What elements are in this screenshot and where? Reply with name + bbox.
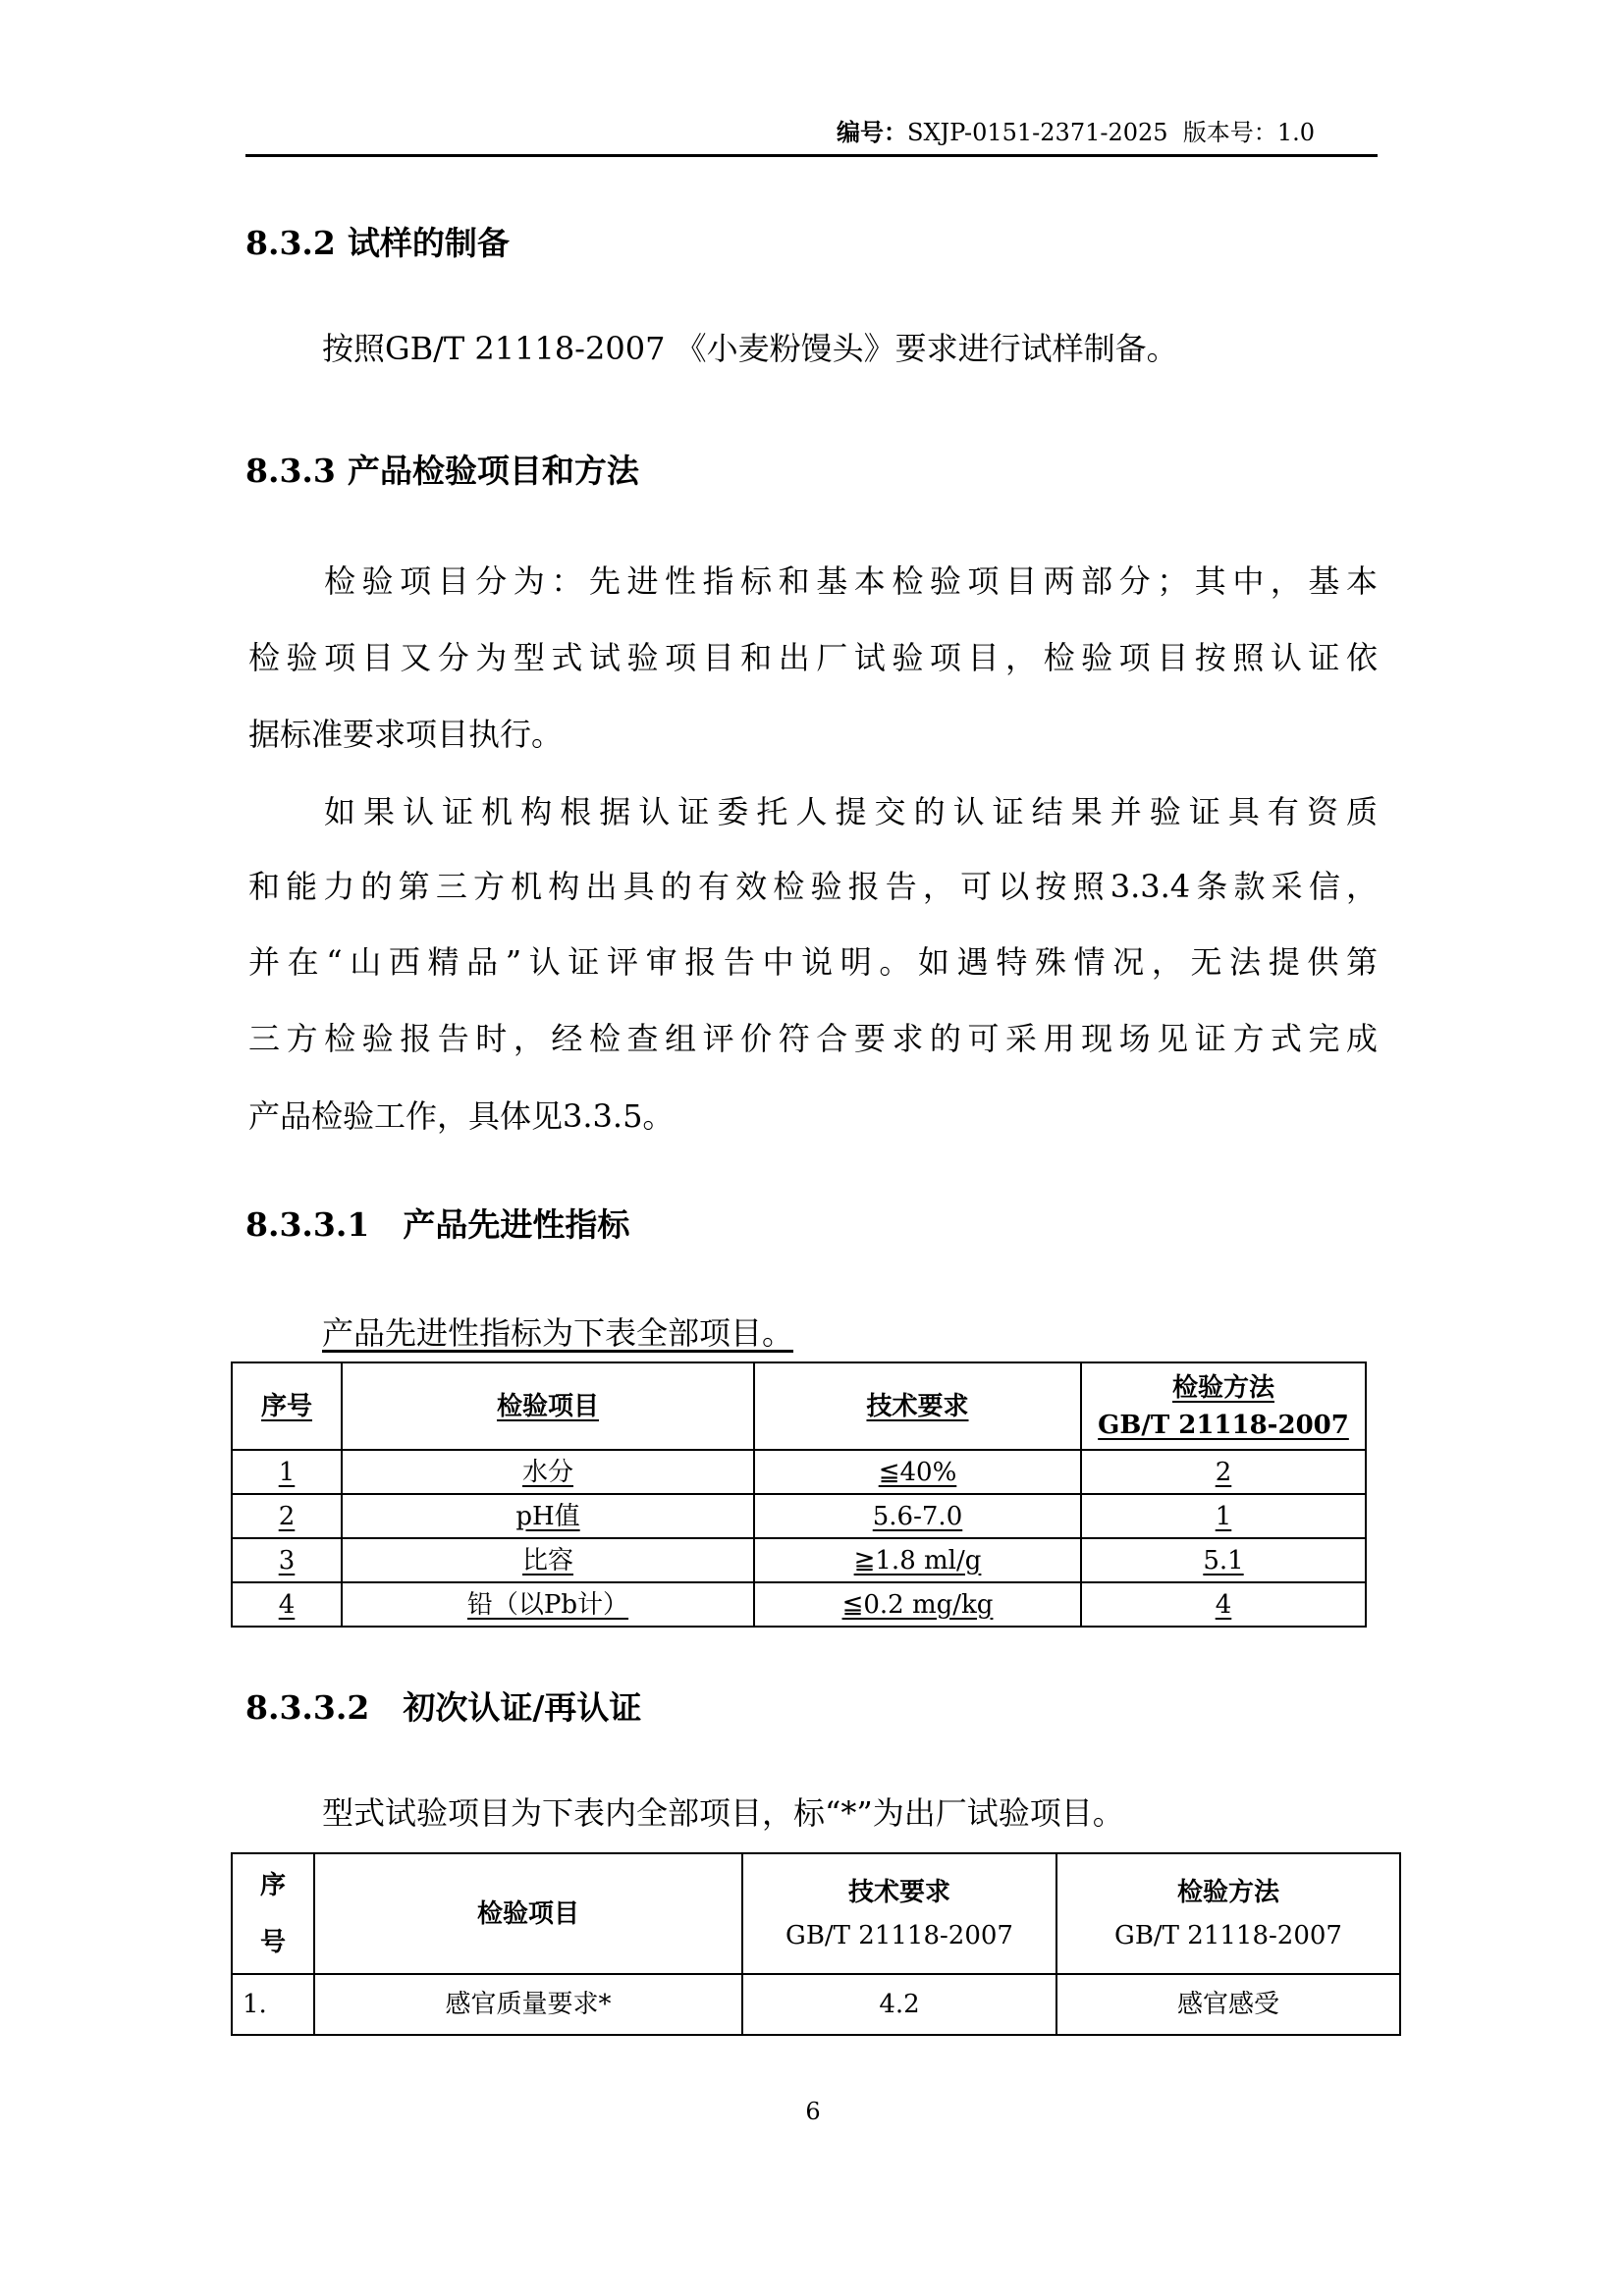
cell-requirement: 5.6-7.0 bbox=[754, 1494, 1081, 1538]
section-title: 初次认证/再认证 bbox=[403, 1688, 641, 1727]
paragraph-line: 产品检验工作，具体见3.3.5。 bbox=[248, 1096, 1378, 1136]
section-title: 产品先进性指标 bbox=[403, 1205, 629, 1244]
cell-no: 1. bbox=[232, 1974, 314, 2035]
cell-requirement: ≦0.2 mg/kg bbox=[754, 1582, 1081, 1627]
paragraph-line: 和能力的第三方机构出具的有效检验报告，可以按照3.3.4条款采信， bbox=[248, 867, 1378, 906]
cell-item: 感官质量要求* bbox=[314, 1974, 742, 2035]
version-number: 1.0 bbox=[1277, 119, 1315, 146]
type-test-table: 序号 检验项目 技术要求GB/T 21118-2007 检验方法GB/T 211… bbox=[231, 1852, 1401, 2036]
advanced-indicators-table: 序号 检验项目 技术要求 检验方法GB/T 21118-2007 1 水分 ≦4… bbox=[231, 1362, 1367, 1628]
section-heading-8-3-3-1: 8.3.3.1产品先进性指标 bbox=[245, 1205, 629, 1245]
paragraph-line: 并在“山西精品”认证评审报告中说明。如遇特殊情况，无法提供第 bbox=[248, 942, 1378, 982]
section-title: 试样的制备 bbox=[348, 224, 510, 262]
header-divider bbox=[245, 154, 1378, 157]
cell-method: 2 bbox=[1081, 1450, 1366, 1494]
table-row: 1 水分 ≦40% 2 bbox=[232, 1450, 1366, 1494]
paragraph-line: 据标准要求项目执行。 bbox=[248, 715, 1378, 754]
doc-number-label: 编号： bbox=[837, 118, 907, 146]
section-heading-8-3-2: 8.3.2试样的制备 bbox=[245, 224, 510, 263]
page-number: 6 bbox=[801, 2097, 825, 2126]
section-title: 产品检验项目和方法 bbox=[348, 452, 639, 490]
cell-item: 水分 bbox=[342, 1450, 754, 1494]
cell-item: 比容 bbox=[342, 1538, 754, 1582]
cell-no: 1 bbox=[232, 1450, 342, 1494]
section-number: 8.3.3.1 bbox=[245, 1205, 369, 1244]
cell-requirement: ≦40% bbox=[754, 1450, 1081, 1494]
paragraph-line: 检验项目分为：先进性指标和基本检验项目两部分；其中，基本 bbox=[324, 561, 1378, 601]
paragraph-line: 检验项目又分为型式试验项目和出厂试验项目，检验项目按照认证依 bbox=[248, 638, 1378, 677]
table-header-row: 序号 检验项目 技术要求 检验方法GB/T 21118-2007 bbox=[232, 1362, 1366, 1450]
document-header: 编号：SXJP-0151-2371-2025 版本号：1.0 bbox=[837, 116, 1379, 149]
cell-method: 5.1 bbox=[1081, 1538, 1366, 1582]
section-heading-8-3-3: 8.3.3产品检验项目和方法 bbox=[245, 452, 639, 491]
header-cell-method: 检验方法GB/T 21118-2007 bbox=[1056, 1853, 1400, 1974]
table-intro: 产品先进性指标为下表全部项目。 bbox=[322, 1313, 793, 1353]
cell-method: 1 bbox=[1081, 1494, 1366, 1538]
cell-method: 4 bbox=[1081, 1582, 1366, 1627]
table-row: 2 pH值 5.6-7.0 1 bbox=[232, 1494, 1366, 1538]
paragraph-line: 三方检验报告时，经检查组评价符合要求的可采用现场见证方式完成 bbox=[248, 1019, 1378, 1058]
table-row: 1. 感官质量要求* 4.2 感官感受 bbox=[232, 1974, 1400, 2035]
table-row: 3 比容 ≧1.8 ml/g 5.1 bbox=[232, 1538, 1366, 1582]
cell-item: pH值 bbox=[342, 1494, 754, 1538]
section-number: 8.3.3 bbox=[245, 452, 336, 490]
cell-no: 2 bbox=[232, 1494, 342, 1538]
section-number: 8.3.3.2 bbox=[245, 1688, 369, 1727]
header-cell-requirement: 技术要求GB/T 21118-2007 bbox=[742, 1853, 1056, 1974]
header-cell-item: 检验项目 bbox=[342, 1362, 754, 1450]
cell-item: 铅（以Pb计） bbox=[342, 1582, 754, 1627]
header-cell-requirement: 技术要求 bbox=[754, 1362, 1081, 1450]
cell-requirement: ≧1.8 ml/g bbox=[754, 1538, 1081, 1582]
paragraph-sample-preparation: 按照GB/T 21118-2007 《小麦粉馒头》要求进行试样制备。 bbox=[322, 329, 1178, 368]
section-heading-8-3-3-2: 8.3.3.2初次认证/再认证 bbox=[245, 1688, 641, 1728]
cell-method: 感官感受 bbox=[1056, 1974, 1400, 2035]
cell-requirement: 4.2 bbox=[742, 1974, 1056, 2035]
table-row: 4 铅（以Pb计） ≦0.2 mg/kg 4 bbox=[232, 1582, 1366, 1627]
cell-no: 4 bbox=[232, 1582, 342, 1627]
table-header-row: 序号 检验项目 技术要求GB/T 21118-2007 检验方法GB/T 211… bbox=[232, 1853, 1400, 1974]
header-cell-no: 序号 bbox=[232, 1362, 342, 1450]
table-intro: 型式试验项目为下表内全部项目，标“*”为出厂试验项目。 bbox=[322, 1793, 1124, 1833]
section-number: 8.3.2 bbox=[245, 224, 336, 262]
cell-no: 3 bbox=[232, 1538, 342, 1582]
version-label: 版本号： bbox=[1183, 119, 1277, 146]
header-cell-no: 序号 bbox=[232, 1853, 314, 1974]
header-cell-item: 检验项目 bbox=[314, 1853, 742, 1974]
doc-number: SXJP-0151-2371-2025 bbox=[907, 119, 1168, 146]
header-cell-method: 检验方法GB/T 21118-2007 bbox=[1081, 1362, 1366, 1450]
paragraph-line: 如果认证机构根据认证委托人提交的认证结果并验证具有资质 bbox=[324, 792, 1378, 831]
